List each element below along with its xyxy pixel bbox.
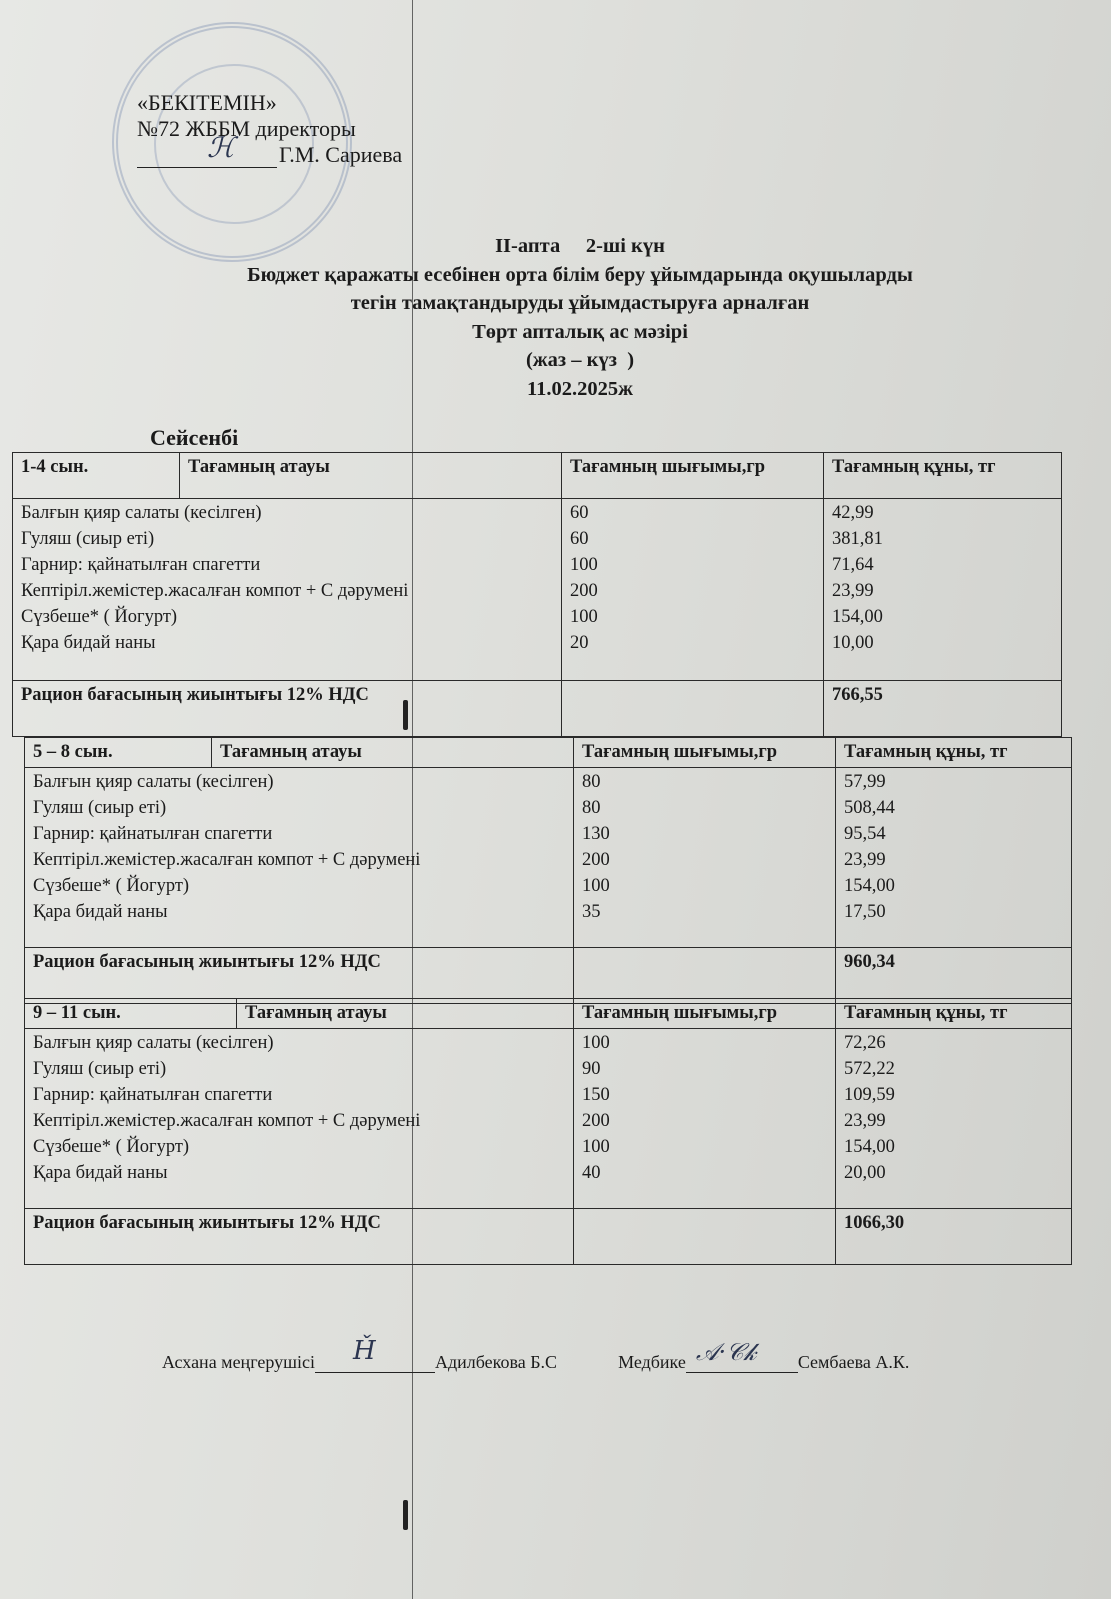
header-line-2: тегін тамақтандыруды ұйымдастыруға арнал… xyxy=(140,289,1020,318)
signatures-footer: Асхана меңгерушісіȞАдилбекова Б.С Медбик… xyxy=(162,1352,909,1373)
dish-yield: 130 xyxy=(582,824,827,850)
column-header-name: Тағамның атауы xyxy=(237,999,574,1029)
column-header-name: Тағамның атауы xyxy=(212,738,574,768)
dish-yield: 90 xyxy=(582,1059,827,1085)
dish-cost: 20,00 xyxy=(844,1163,1063,1189)
dish-yield: 100 xyxy=(570,555,815,581)
column-header-yield: Тағамның шығымы,гр xyxy=(574,738,836,768)
document-page: «БЕКІТЕМІН» №72 ЖББМ директоры ℋГ.М. Сар… xyxy=(0,0,1111,1599)
dish-cost: 95,54 xyxy=(844,824,1063,850)
document-header: ІІ-апта 2-ші күн Бюджет қаражаты есебіне… xyxy=(140,232,1020,403)
approval-title: «БЕКІТЕМІН» xyxy=(137,90,402,116)
signature-icon: 𝒜·𝒞𝓀 xyxy=(696,1338,757,1366)
week-day: ІІ-апта 2-ші күн xyxy=(140,232,1020,261)
dish-yield: 200 xyxy=(582,850,827,876)
header-line-3: Төрт апталық ас мәзірі xyxy=(140,318,1020,347)
dish-cost: 508,44 xyxy=(844,798,1063,824)
signature-line: 𝒜·𝒞𝓀 xyxy=(686,1354,798,1373)
dish-name: Кептіріл.жемістер.жасалған компот + С дә… xyxy=(21,581,553,607)
dish-cost: 17,50 xyxy=(844,902,1063,928)
approval-position: №72 ЖББМ директоры xyxy=(137,116,402,142)
dish-name: Гуляш (сиыр еті) xyxy=(33,798,565,824)
dish-name: Гарнир: қайнатылған спагетти xyxy=(21,555,553,581)
dish-name: Балғын қияр салаты (кесілген) xyxy=(33,1033,565,1059)
approval-block: «БЕКІТЕМІН» №72 ЖББМ директоры ℋГ.М. Сар… xyxy=(137,90,402,168)
column-header-cost: Тағамның құны, тг xyxy=(824,453,1062,499)
dish-yield: 35 xyxy=(582,902,827,928)
table-row: Балғын қияр салаты (кесілген)Гуляш (сиыр… xyxy=(25,1029,1072,1209)
dish-cost: 23,99 xyxy=(844,1111,1063,1137)
signature-icon: Ȟ xyxy=(353,1336,376,1366)
column-header-yield: Тағамның шығымы,гр xyxy=(562,453,824,499)
dish-cost: 154,00 xyxy=(832,607,1053,633)
dish-name: Гуляш (сиыр еті) xyxy=(21,529,553,555)
signature-icon: ℋ xyxy=(207,135,235,161)
dish-cost: 23,99 xyxy=(844,850,1063,876)
kitchen-label: Асхана меңгерушісі xyxy=(162,1352,315,1372)
dish-yield: 80 xyxy=(582,798,827,824)
dish-yield: 100 xyxy=(582,1033,827,1059)
season: (жаз – күз ) xyxy=(140,346,1020,375)
total-value: 960,34 xyxy=(836,948,1072,1004)
dish-name: Қара бидай наны xyxy=(21,633,553,659)
nurse-name: Сембаева А.К. xyxy=(798,1352,910,1372)
dish-yield: 100 xyxy=(570,607,815,633)
menu-table: 9 – 11 сын. Тағамның атауы Тағамның шығы… xyxy=(24,998,1072,1265)
dish-cost: 42,99 xyxy=(832,503,1053,529)
dish-name: Гуляш (сиыр еті) xyxy=(33,1059,565,1085)
kitchen-name: Адилбекова Б.С xyxy=(435,1352,557,1372)
header-line-1: Бюджет қаражаты есебінен орта білім беру… xyxy=(140,261,1020,290)
nurse-label: Медбике xyxy=(618,1352,686,1372)
dish-name: Қара бидай наны xyxy=(33,1163,565,1189)
dish-cost: 109,59 xyxy=(844,1085,1063,1111)
table-row: Балғын қияр салаты (кесілген)Гуляш (сиыр… xyxy=(25,768,1072,948)
date: 11.02.2025ж xyxy=(140,375,1020,404)
group-label: 9 – 11 сын. xyxy=(25,999,237,1029)
total-label: Рацион бағасының жиынтығы 12% НДС xyxy=(13,681,562,737)
total-value: 766,55 xyxy=(824,681,1062,737)
total-label: Рацион бағасының жиынтығы 12% НДС xyxy=(25,1209,574,1265)
dish-cost: 154,00 xyxy=(844,1137,1063,1163)
dish-name: Кептіріл.жемістер.жасалған компот + С дә… xyxy=(33,1111,565,1137)
dish-name: Сүзбеше* ( Йогурт) xyxy=(33,1137,565,1163)
dish-cost: 10,00 xyxy=(832,633,1053,659)
column-header-cost: Тағамның құны, тг xyxy=(836,738,1072,768)
dish-yield: 200 xyxy=(582,1111,827,1137)
dish-name: Балғын қияр салаты (кесілген) xyxy=(21,503,553,529)
dish-cost: 572,22 xyxy=(844,1059,1063,1085)
total-label: Рацион бағасының жиынтығы 12% НДС xyxy=(25,948,574,1004)
group-label: 1-4 сын. xyxy=(13,453,180,499)
column-header-yield: Тағамның шығымы,гр xyxy=(574,999,836,1029)
dish-yield: 200 xyxy=(570,581,815,607)
weekday-name: Сейсенбі xyxy=(150,425,238,451)
dish-name: Сүзбеше* ( Йогурт) xyxy=(21,607,553,633)
dish-yield: 100 xyxy=(582,876,827,902)
dish-name: Сүзбеше* ( Йогурт) xyxy=(33,876,565,902)
dish-yield: 150 xyxy=(582,1085,827,1111)
dish-yield: 40 xyxy=(582,1163,827,1189)
dish-yield: 80 xyxy=(582,772,827,798)
signature-line: Ȟ xyxy=(315,1354,435,1373)
dish-cost: 23,99 xyxy=(832,581,1053,607)
dish-cost: 57,99 xyxy=(844,772,1063,798)
dish-yield: 20 xyxy=(570,633,815,659)
column-header-name: Тағамның атауы xyxy=(180,453,562,499)
menu-table: 5 – 8 сын. Тағамның атауы Тағамның шығым… xyxy=(24,737,1072,1004)
director-name: Г.М. Сариева xyxy=(279,142,402,167)
dish-yield: 60 xyxy=(570,529,815,555)
dish-name: Балғын қияр салаты (кесілген) xyxy=(33,772,565,798)
pin-mark xyxy=(403,1500,408,1530)
table-row: Балғын қияр салаты (кесілген)Гуляш (сиыр… xyxy=(13,499,1062,681)
signature-line: ℋ xyxy=(137,149,277,168)
dish-yield: 60 xyxy=(570,503,815,529)
dish-cost: 381,81 xyxy=(832,529,1053,555)
dish-name: Қара бидай наны xyxy=(33,902,565,928)
dish-cost: 72,26 xyxy=(844,1033,1063,1059)
dish-name: Гарнир: қайнатылған спагетти xyxy=(33,824,565,850)
dish-yield: 100 xyxy=(582,1137,827,1163)
dish-cost: 154,00 xyxy=(844,876,1063,902)
total-value: 1066,30 xyxy=(836,1209,1072,1265)
dish-cost: 71,64 xyxy=(832,555,1053,581)
column-header-cost: Тағамның құны, тг xyxy=(836,999,1072,1029)
dish-name: Гарнир: қайнатылған спагетти xyxy=(33,1085,565,1111)
dish-name: Кептіріл.жемістер.жасалған компот + С дә… xyxy=(33,850,565,876)
menu-table: 1-4 сын. Тағамның атауы Тағамның шығымы,… xyxy=(12,452,1062,737)
group-label: 5 – 8 сын. xyxy=(25,738,212,768)
